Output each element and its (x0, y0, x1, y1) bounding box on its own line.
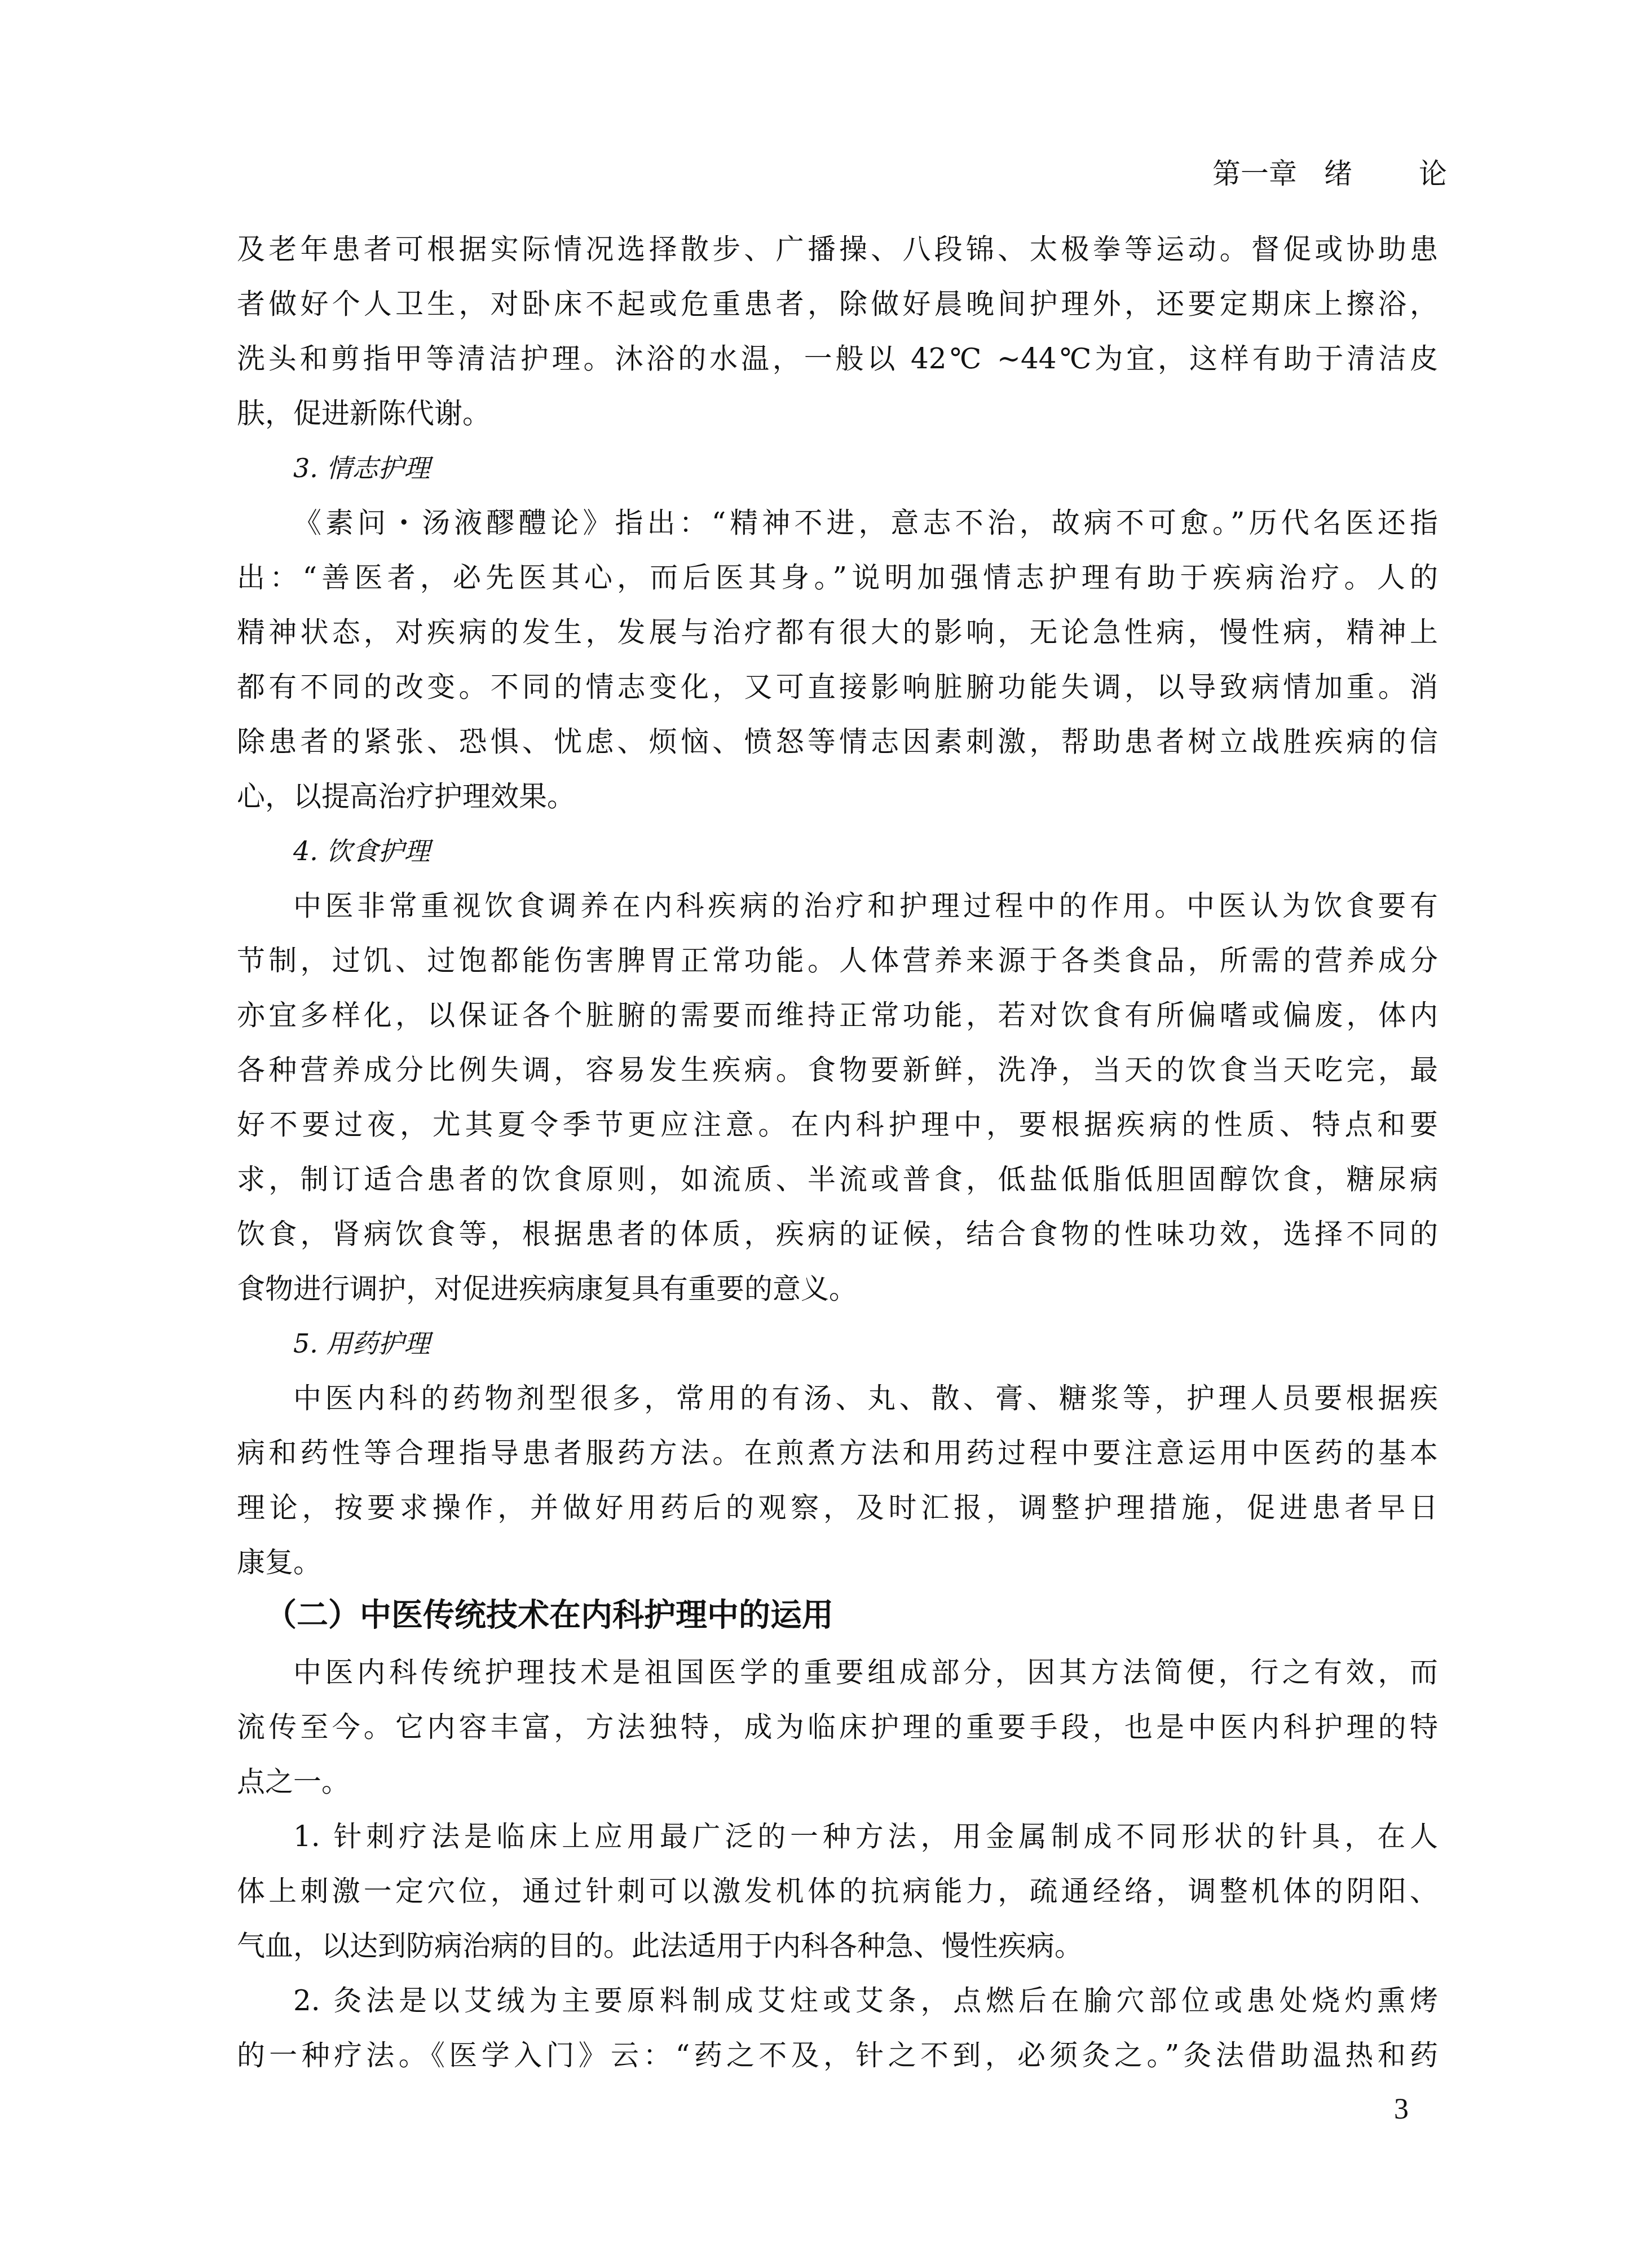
body-line: 中医非常重视饮食调养在内科疾病的治疗和护理过程中的作用。中医认为饮食要有 (293, 889, 1438, 923)
body-line: 节制，过饥、过饱都能伤害脾胃正常功能。人体营养来源于各类食品，所需的营养成分 (237, 944, 1438, 977)
body-line: 点之一。 (237, 1765, 1438, 1799)
body-line: 及老年患者可根据实际情况选择散步、广播操、八段锦、太极拳等运动。督促或协助患 (237, 232, 1438, 266)
body-line: 出：“善医者，必先医其心，而后医其身。”说明加强情志护理有助于疾病治疗。人的 (237, 561, 1438, 594)
book-page: 第一章绪 论 及老年患者可根据实际情况选择散步、广播操、八段锦、太极拳等运动。督… (0, 0, 1628, 2268)
body-line: 饮食，肾病饮食等，根据患者的体质，疾病的证候，结合食物的性味功效，选择不同的 (237, 1217, 1438, 1251)
body-line: 者做好个人卫生，对卧床不起或危重患者，除做好晨晚间护理外，还要定期床上擦浴， (237, 287, 1438, 321)
section-heading: （二）中医传统技术在内科护理中的运用 (265, 1597, 833, 1633)
body-line: 的一种疗法。《医学入门》云：“药之不及，针之不到，必须灸之。”灸法借助温热和药 (237, 2038, 1438, 2072)
body-line: 病和药性等合理指导患者服药方法。在煎煮方法和用药过程中要注意运用中医药的基本 (237, 1436, 1438, 1470)
chapter-label: 第一章 (1212, 157, 1297, 190)
body-line: 好不要过夜，尤其夏令季节更应注意。在内科护理中，要根据疾病的性质、特点和要 (237, 1108, 1438, 1142)
body-line: 求，制订适合患者的饮食原则，如流质、半流或普食，低盐低脂低胆固醇饮食，糖尿病 (237, 1162, 1438, 1196)
running-head: 第一章绪 论 (1212, 151, 1438, 192)
body-line: 心，以提高治疗护理效果。 (237, 780, 1438, 813)
body-line: 理论，按要求操作，并做好用药后的观察，及时汇报，调整护理措施，促进患者早日 (237, 1491, 1438, 1525)
body-line: 肤，促进新陈代谢。 (237, 397, 1438, 430)
subheading-emotional-care: 3. 情志护理 (293, 451, 430, 485)
body-line: 1. 针刺疗法是临床上应用最广泛的一种方法，用金属制成不同形状的针具，在人 (293, 1820, 1438, 1853)
body-line: 流传至今。它内容丰富，方法独特，成为临床护理的重要手段，也是中医内科护理的特 (237, 1710, 1438, 1744)
body-line: 体上刺激一定穴位，通过针刺可以激发机体的抗病能力，疏通经络，调整机体的阴阳、 (237, 1874, 1438, 1908)
body-line: 洗头和剪指甲等清洁护理。沐浴的水温，一般以 42℃ ~44℃为宜，这样有助于清洁… (237, 342, 1438, 376)
body-line: 2. 灸法是以艾绒为主要原料制成艾炷或艾条，点燃后在腧穴部位或患处烧灼熏烤 (293, 1984, 1438, 2018)
subheading-medication-care: 5. 用药护理 (293, 1327, 430, 1360)
body-line: 食物进行调护，对促进疾病康复具有重要的意义。 (237, 1272, 1438, 1306)
body-line: 气血，以达到防病治病的目的。此法适用于内科各种急、慢性疾病。 (237, 1929, 1438, 1963)
body-line: 《素问・汤液醪醴论》指出：“精神不进，意志不治，故病不可愈。”历代名医还指 (293, 506, 1438, 540)
subheading-diet-care: 4. 饮食护理 (293, 834, 430, 868)
body-line: 精神状态，对疾病的发生，发展与治疗都有很大的影响，无论急性病，慢性病，精神上 (237, 615, 1438, 649)
page-number: 3 (1394, 2093, 1409, 2126)
body-line: 康复。 (237, 1545, 1438, 1579)
body-line: 都有不同的改变。不同的情志变化，又可直接影响脏腑功能失调，以导致病情加重。消 (237, 670, 1438, 704)
body-line: 亦宜多样化，以保证各个脏腑的需要而维持正常功能，若对饮食有所偏嗜或偏废，体内 (237, 998, 1438, 1032)
body-line: 除患者的紧张、恐惧、忧虑、烦恼、愤怒等情志因素刺激，帮助患者树立战胜疾病的信 (237, 725, 1438, 759)
body-line: 中医内科传统护理技术是祖国医学的重要组成部分，因其方法简便，行之有效，而 (293, 1655, 1438, 1689)
body-line: 中医内科的药物剂型很多，常用的有汤、丸、散、膏、糖浆等，护理人员要根据疾 (293, 1381, 1438, 1415)
body-line: 各种营养成分比例失调，容易发生疾病。食物要新鲜，洗净，当天的饮食当天吃完，最 (237, 1053, 1438, 1087)
chapter-title: 绪 论 (1324, 157, 1466, 190)
